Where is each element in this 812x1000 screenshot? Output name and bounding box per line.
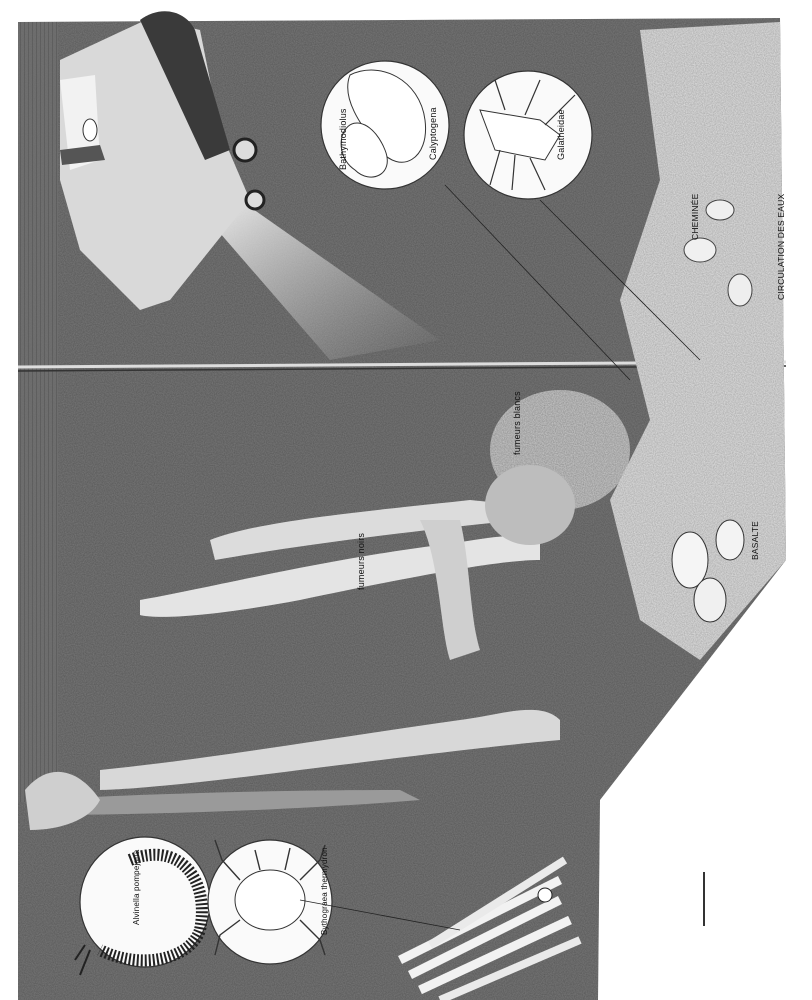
vent-illustration (0, 0, 812, 1000)
label-bythograea: Bythograea thermydron (320, 847, 329, 935)
label-bathymodiolus: Bathymodiolus (338, 108, 348, 170)
label-alvinella: Alvinella pompejana (132, 850, 141, 925)
label-water-circulation: Circulation des eaux (776, 194, 786, 300)
margin-mark (703, 872, 705, 926)
label-calyptogena: Calyptogena (428, 107, 438, 160)
label-white-smokers: fumeurs blancs (512, 391, 522, 455)
label-black-smokers: fumeurs noirs (356, 533, 366, 590)
label-galatheidae: Galatheidae (556, 109, 566, 160)
label-chimney: Cheminée (690, 194, 700, 240)
inset-bythograea (208, 840, 332, 964)
inset-galatheidae (464, 71, 592, 199)
label-basalt: Basalte (750, 521, 760, 560)
